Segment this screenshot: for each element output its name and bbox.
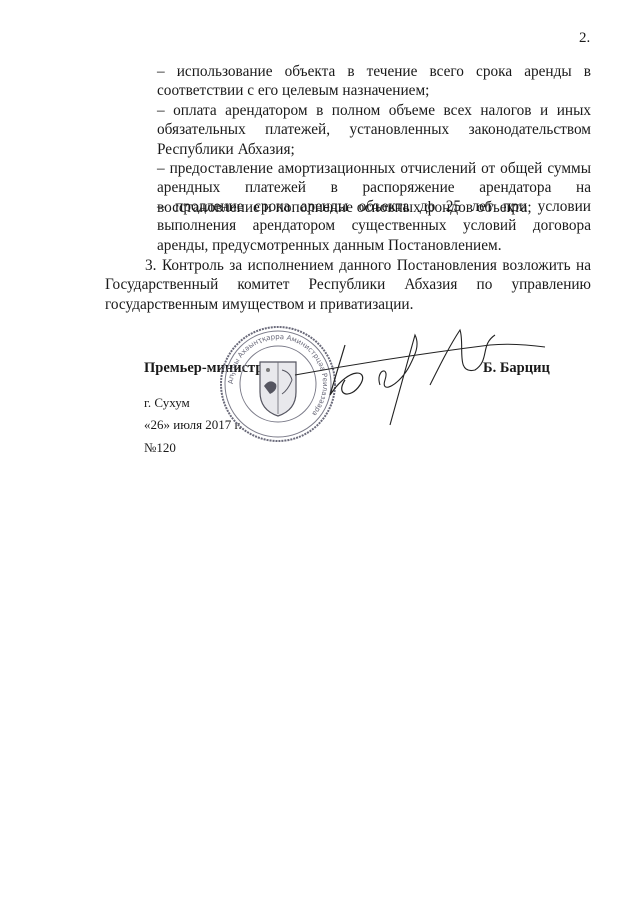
clause-lease-extension: – продление срока аренды объекта до 25 л… (157, 197, 591, 255)
handwritten-signature (290, 325, 550, 435)
item-3-control: 3. Контроль за исполнением данного Поста… (105, 256, 591, 314)
page-number: 2. (579, 30, 590, 47)
clause-use-of-object: – использование объекта в течение всего … (157, 62, 591, 101)
document-number: №120 (144, 440, 176, 456)
city: г. Сухум (144, 395, 190, 411)
clause-tax-payment: – оплата арендатором в полном объеме все… (157, 101, 591, 159)
